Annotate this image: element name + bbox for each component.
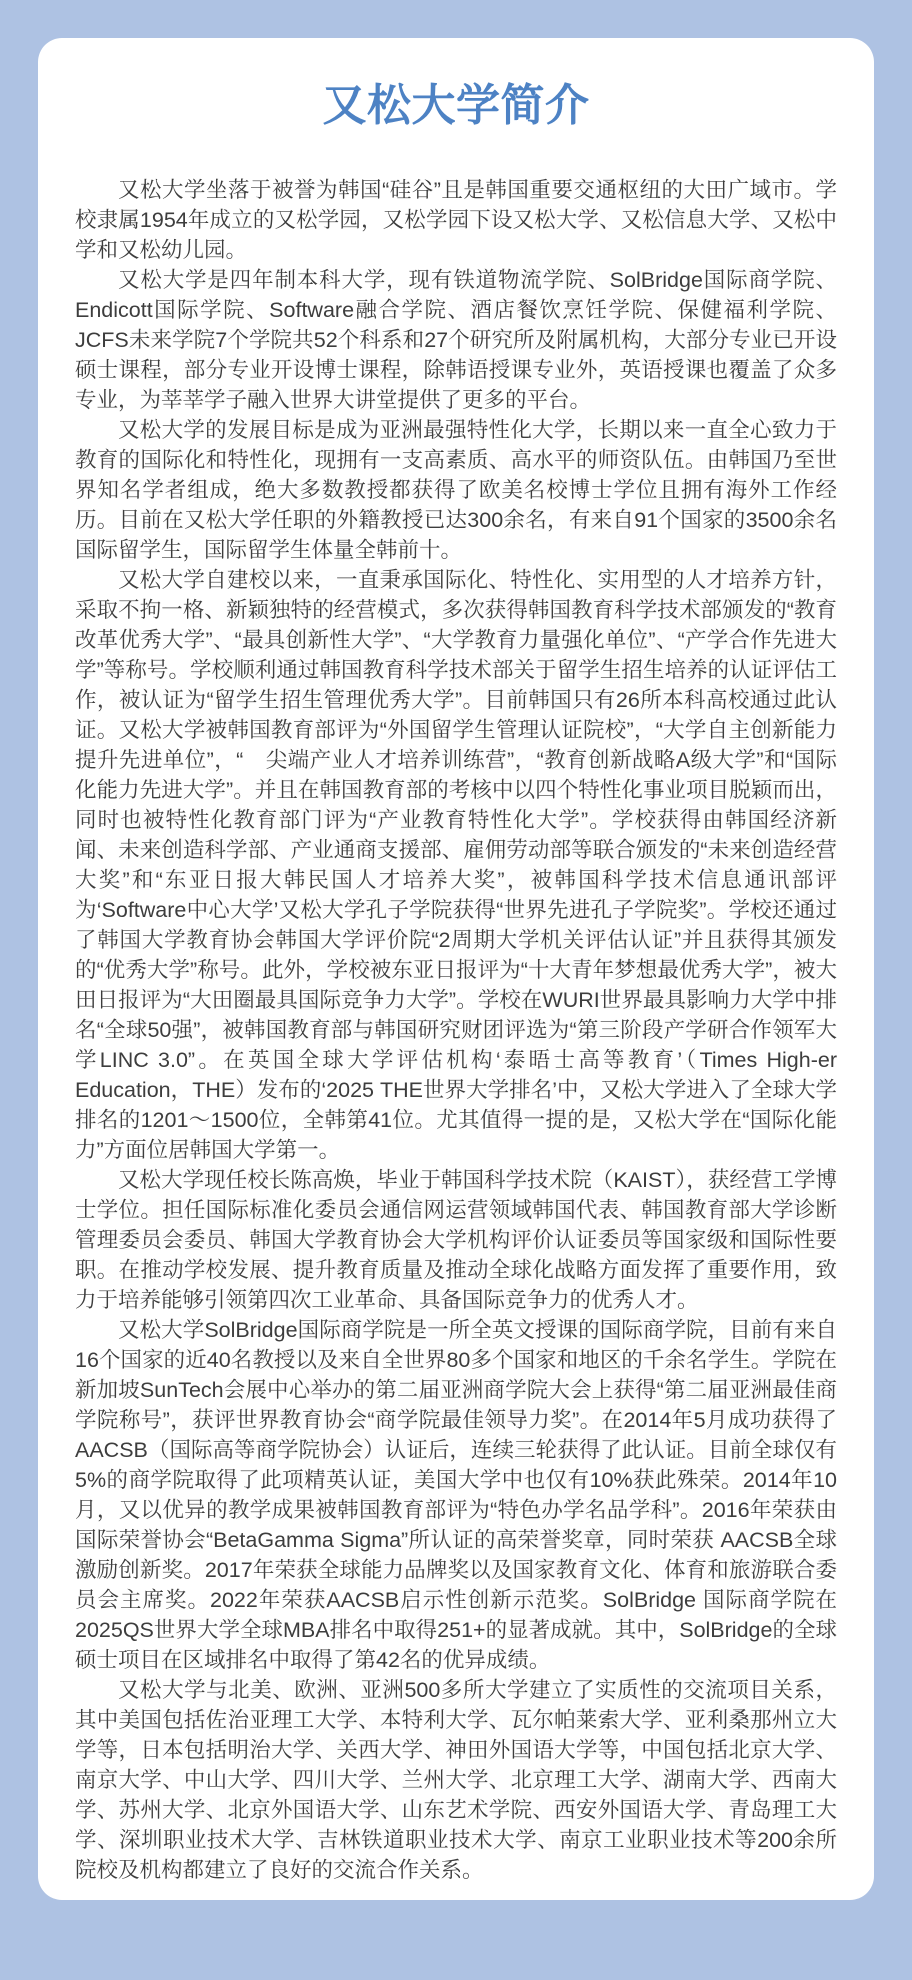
article-card: 又松大学简介 又松大学坐落于被誉为韩国“硅谷”且是韩国重要交通枢纽的大田广域市。… (38, 38, 874, 1900)
paragraph-president: 又松大学现任校长陈高焕，毕业于韩国科学技术院（KAIST），获经营工学博士学位。… (75, 1165, 837, 1315)
paragraph-location-history: 又松大学坐落于被誉为韩国“硅谷”且是韩国重要交通枢纽的大田广域市。学校隶属195… (75, 175, 837, 265)
paragraph-awards-certifications: 又松大学自建校以来，一直秉承国际化、特性化、实用型的人才培养方针，采取不拘一格、… (75, 565, 837, 1165)
article-title: 又松大学简介 (75, 80, 837, 133)
paragraph-solbridge: 又松大学SolBridge国际商学院是一所全英文授课的国际商学院，目前有来自16… (75, 1315, 837, 1675)
paragraph-development-goals: 又松大学的发展目标是成为亚洲最强特性化大学，长期以来一直全心致力于教育的国际化和… (75, 415, 837, 565)
page-background: { "colors": { "page_background": "#aec2e… (0, 38, 912, 1980)
article-body: 又松大学坐落于被誉为韩国“硅谷”且是韩国重要交通枢纽的大田广域市。学校隶属195… (75, 175, 837, 1885)
paragraph-colleges-programs: 又松大学是四年制本科大学，现有铁道物流学院、SolBridge国际商学院、End… (75, 265, 837, 415)
paragraph-partner-universities: 又松大学与北美、欧洲、亚洲500多所大学建立了实质性的交流项目关系，其中美国包括… (75, 1675, 837, 1885)
